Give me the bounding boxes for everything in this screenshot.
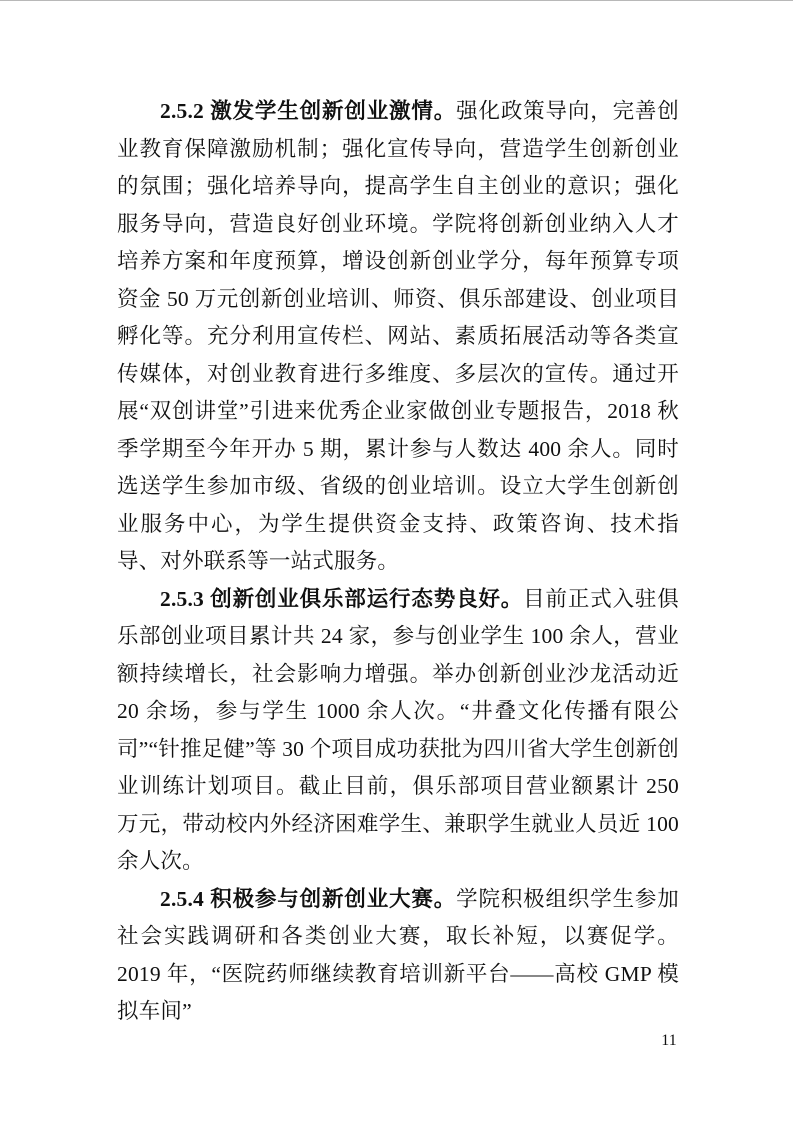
section-heading-2-5-4: 2.5.4 积极参与创新创业大赛。 (160, 887, 456, 911)
section-body-2-5-3: 目前正式入驻俱乐部创业项目累计共 24 家，参与创业学生 100 余人，营业额持… (117, 587, 679, 874)
paragraph-2-5-3: 2.5.3 创新创业俱乐部运行态势良好。目前正式入驻俱乐部创业项目累计共 24 … (117, 581, 679, 881)
section-heading-2-5-3: 2.5.3 创新创业俱乐部运行态势良好。 (160, 587, 523, 611)
document-body: 2.5.2 激发学生创新创业激情。强化政策导向，完善创业教育保障激励机制；强化宣… (117, 93, 679, 1031)
page-top-edge-line (0, 0, 793, 1)
document-page: 2.5.2 激发学生创新创业激情。强化政策导向，完善创业教育保障激励机制；强化宣… (0, 0, 793, 1122)
paragraph-2-5-2: 2.5.2 激发学生创新创业激情。强化政策导向，完善创业教育保障激励机制；强化宣… (117, 93, 679, 581)
section-heading-2-5-2: 2.5.2 激发学生创新创业激情。 (160, 99, 456, 123)
section-body-2-5-2: 强化政策导向，完善创业教育保障激励机制；强化宣传导向，营造学生创新创业的氛围；强… (117, 99, 679, 573)
page-number: 11 (659, 1031, 679, 1051)
paragraph-2-5-4: 2.5.4 积极参与创新创业大赛。学院积极组织学生参加社会实践调研和各类创业大赛… (117, 881, 679, 1031)
